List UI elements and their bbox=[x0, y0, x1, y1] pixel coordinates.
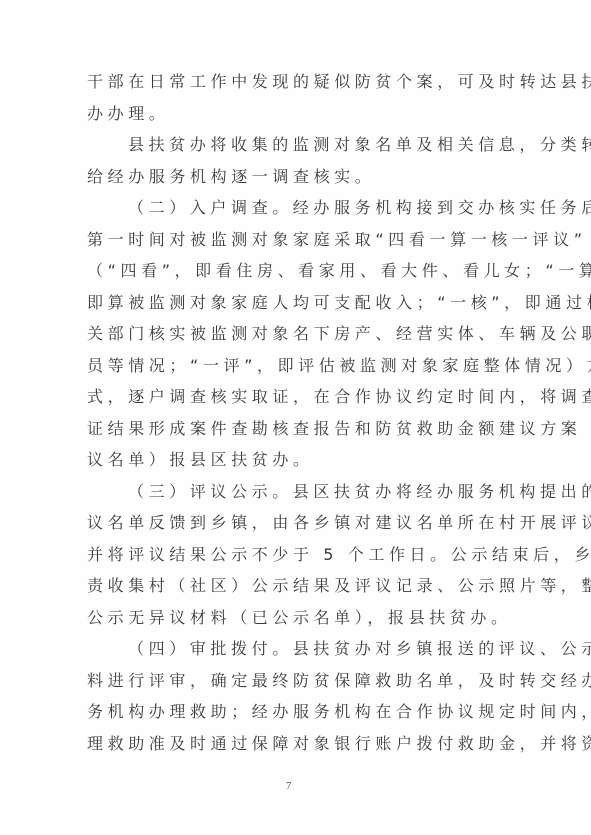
text-line: 并将评议结果公示不少于 5 个工作日。公示结束后，乡镇负 bbox=[87, 539, 507, 571]
text-line: 证结果形成案件查勘核查报告和防贫救助金额建议方案（建 bbox=[87, 413, 507, 445]
document-page: 干部在日常工作中发现的疑似防贫个案，可及时转达县扶贫 办办理。 县扶贫办将收集的… bbox=[0, 0, 591, 835]
section-heading-line: （四）审批拨付。县扶贫办对乡镇报送的评议、公示材 bbox=[87, 633, 507, 665]
text-line: （“四看”，即看住房、看家用、看大件、看儿女；“一算”， bbox=[87, 255, 507, 287]
text-line: 员等情况；“一评”，即评估被监测对象家庭整体情况）方 bbox=[87, 350, 507, 382]
text-line: 干部在日常工作中发现的疑似防贫个案，可及时转达县扶贫 bbox=[87, 66, 507, 98]
text-line: 责收集村（社区）公示结果及评议记录、公示照片等，整理 bbox=[87, 570, 507, 602]
text-line: 理救助准及时通过保障对象银行账户拨付救助金，并将资金 bbox=[87, 728, 507, 760]
section-heading-line: （三）评议公示。县区扶贫办将经办服务机构提出的建 bbox=[87, 476, 507, 508]
text-line: 式，逐户调查核实取证，在合作协议约定时间内，将调查取 bbox=[87, 381, 507, 413]
text-line: 办办理。 bbox=[87, 98, 507, 130]
text-line: 议名单）报县区扶贫办。 bbox=[87, 444, 507, 476]
text-line: 关部门核实被监测对象名下房产、经营实体、车辆及公职人 bbox=[87, 318, 507, 350]
text-line: 即算被监测对象家庭人均可支配收入；“一核”，即通过相 bbox=[87, 287, 507, 319]
text-line: 公示无异议材料（已公示名单），报县扶贫办。 bbox=[87, 602, 507, 634]
text-line: 料进行评审，确定最终防贫保障救助名单，及时转交经办服 bbox=[87, 665, 507, 697]
text-line: 第一时间对被监测对象家庭采取“四看一算一核一评议” bbox=[87, 224, 507, 256]
text-line: 给经办服务机构逐一调查核实。 bbox=[87, 161, 507, 193]
page-number: 7 bbox=[286, 780, 292, 792]
text-line: 议名单反馈到乡镇，由各乡镇对建议名单所在村开展评议， bbox=[87, 507, 507, 539]
section-heading-line: （二）入户调查。经办服务机构接到交办核实任务后， bbox=[87, 192, 507, 224]
text-line: 务机构办理救助；经办服务机构在合作协议规定时间内，按 bbox=[87, 696, 507, 728]
body-text: 干部在日常工作中发现的疑似防贫个案，可及时转达县扶贫 办办理。 县扶贫办将收集的… bbox=[87, 66, 507, 759]
text-line: 县扶贫办将收集的监测对象名单及相关信息，分类转交 bbox=[87, 129, 507, 161]
